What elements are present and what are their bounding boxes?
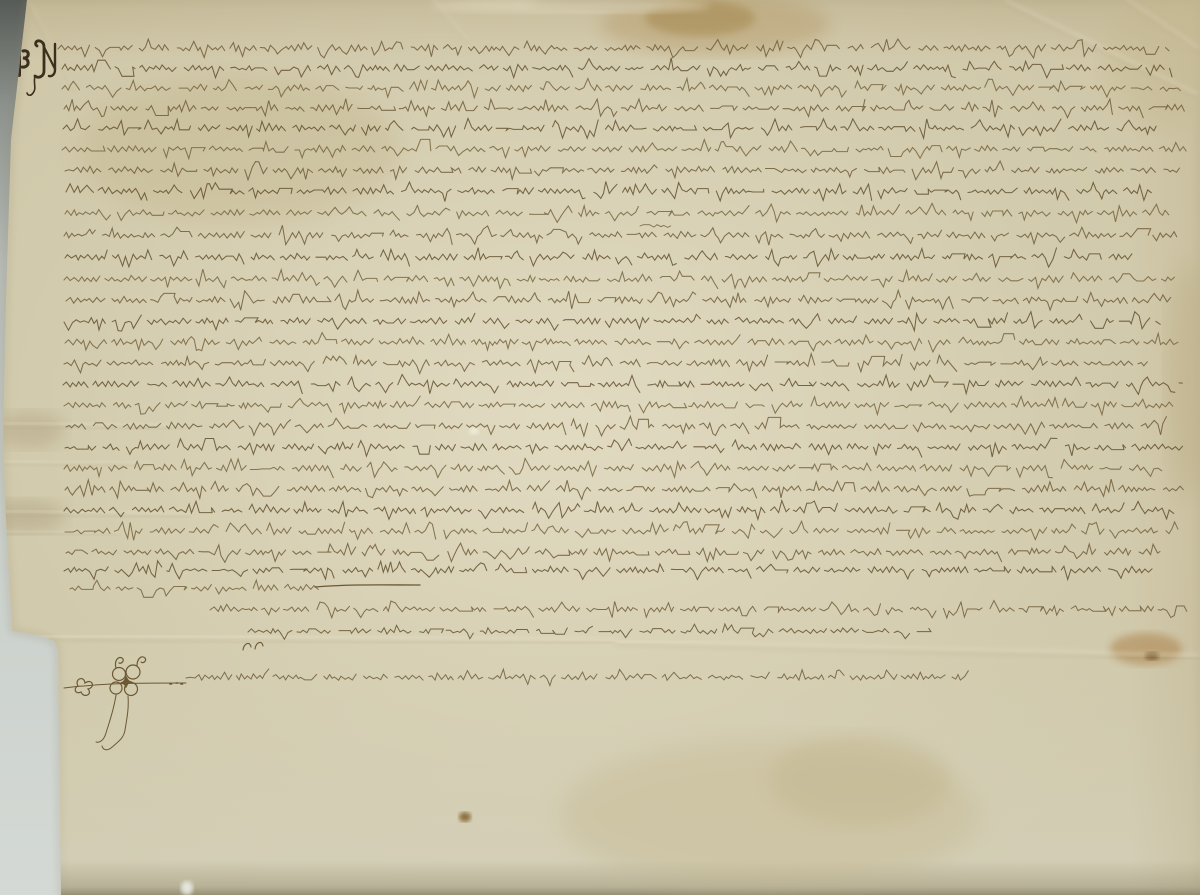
photo-frame — [0, 0, 1200, 895]
bottom-edge-band — [0, 860, 1200, 895]
stain — [770, 735, 950, 825]
parchment-photo — [0, 0, 1200, 895]
